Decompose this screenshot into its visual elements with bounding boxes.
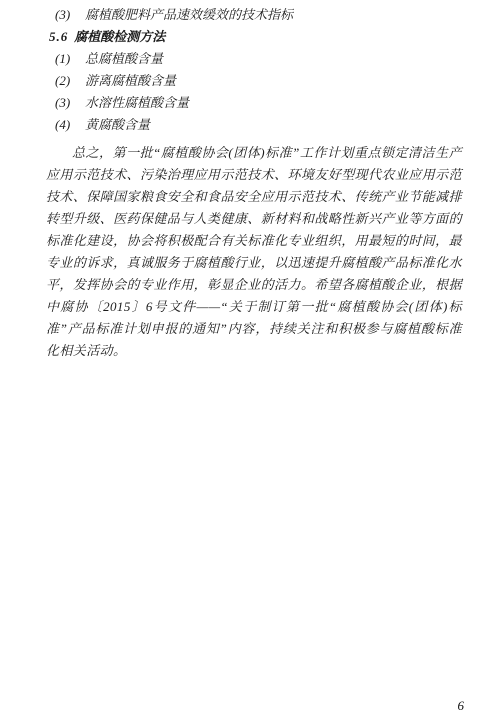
list-item-marker: (1) [55,48,76,70]
list-item-marker: (3) [55,92,76,114]
section-heading: 5.6 腐植酸检测方法 [46,26,462,48]
list-item-text: 腐植酸肥料产品速效缓效的技术指标 [85,4,293,26]
list-item-marker: (3) [55,4,76,26]
list-item: (2) 游离腐植酸含量 [46,70,462,92]
list-item: (1) 总腐植酸含量 [46,48,462,70]
list-item-marker: (2) [55,70,76,92]
section-heading-text: 腐植酸检测方法 [74,26,165,48]
list-item: (3) 水溶性腐植酸含量 [46,92,462,114]
list-item-text: 水溶性腐植酸含量 [85,92,189,114]
numbered-list: (3) 腐植酸肥料产品速效缓效的技术指标 5.6 腐植酸检测方法 (1) 总腐植… [46,4,462,136]
page-content: (3) 腐植酸肥料产品速效缓效的技术指标 5.6 腐植酸检测方法 (1) 总腐植… [46,4,462,362]
list-item-text: 游离腐植酸含量 [85,70,176,92]
page-number: 6 [458,698,465,714]
section-heading-number: 5.6 [49,26,68,48]
list-item: (4) 黄腐酸含量 [46,114,462,136]
list-item-text: 黄腐酸含量 [85,114,150,136]
list-item: (3) 腐植酸肥料产品速效缓效的技术指标 [46,4,462,26]
list-item-text: 总腐植酸含量 [85,48,163,70]
body-paragraph: 总之，第一批“腐植酸协会(团体)标准”工作计划重点锁定清洁生产应用示范技术、污染… [46,142,462,362]
list-item-marker: (4) [55,114,76,136]
document-page: { "page": { "list_items": [ { "marker": … [0,0,477,723]
